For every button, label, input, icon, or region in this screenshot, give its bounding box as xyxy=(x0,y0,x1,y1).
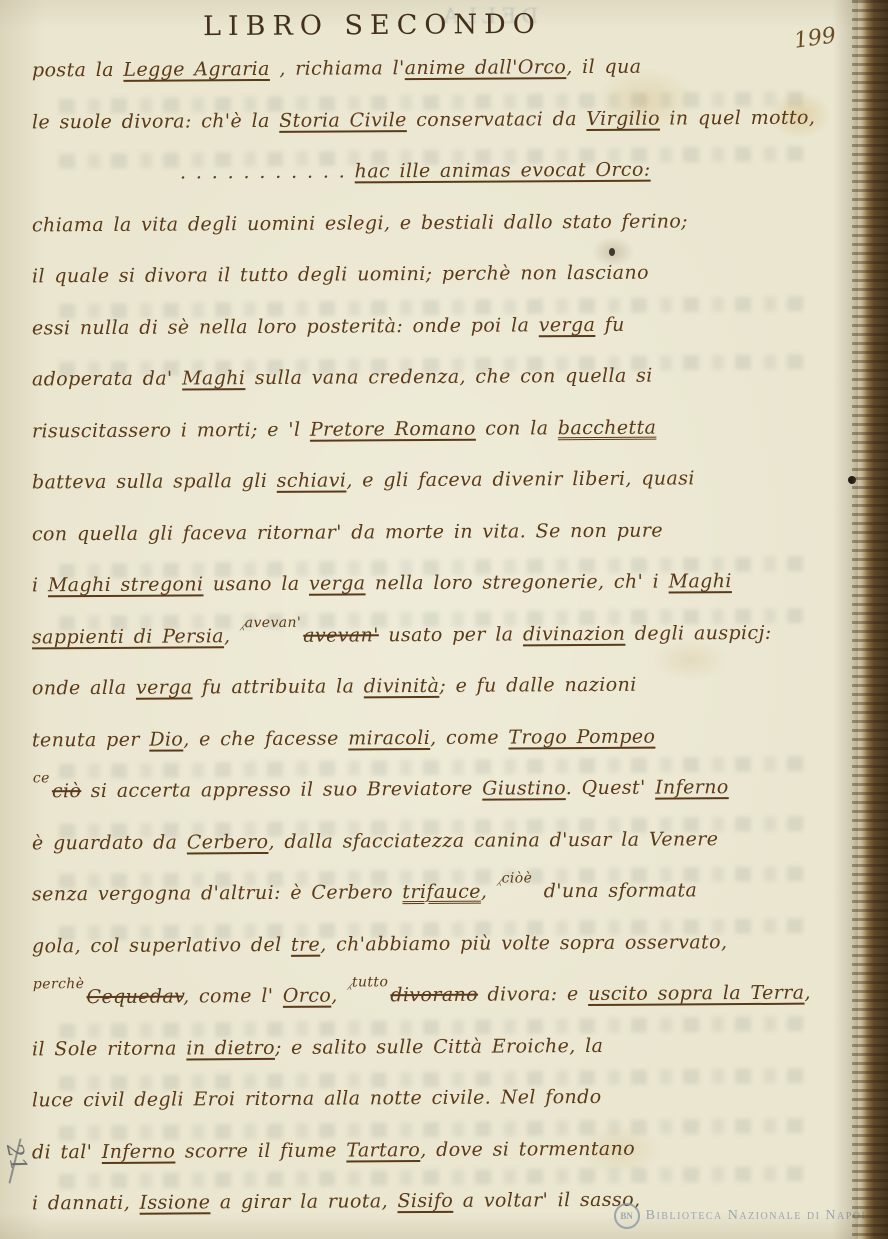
struck-word: avevan' xyxy=(303,624,379,646)
manuscript-text: Giustino xyxy=(482,777,566,800)
manuscript-text: , dalla sfacciatezza canina d'usar la Ve… xyxy=(268,828,718,853)
manuscript-text: i xyxy=(32,574,48,596)
inserted-word: perchè xyxy=(33,979,85,989)
manuscript-lines: posta la Legge Agraria , richiama l'anim… xyxy=(32,46,818,1231)
manuscript-text: in dietro xyxy=(186,1036,275,1059)
manuscript-text: divora: e xyxy=(478,983,588,1006)
struck-word: ciò xyxy=(52,780,81,802)
manuscript-line: è guardato da Cerbero, dalla sfacciatezz… xyxy=(32,816,818,872)
manuscript-text: il quale si divora il tutto degli uomini… xyxy=(32,262,649,288)
manuscript-text: uscito sopra la Terra xyxy=(588,982,805,1005)
manuscript-text: . . . . . . . . . . . xyxy=(180,160,355,183)
manuscript-text: trifauce xyxy=(402,881,481,903)
manuscript-text: anime dall'Orco xyxy=(405,56,567,79)
manuscript-text: Issione xyxy=(140,1191,211,1213)
manuscript-text: Storia Civile xyxy=(279,109,407,132)
manuscript-line: posta la Legge Agraria , richiama l'anim… xyxy=(32,44,818,100)
manuscript-text: onde alla xyxy=(32,677,136,700)
manuscript-text: tre xyxy=(291,933,320,955)
manuscript-text: a voltar' il sasso, xyxy=(453,1189,640,1212)
manuscript-text: batteva sulla spalla gli xyxy=(32,470,277,493)
manuscript-text: i dannati, xyxy=(32,1192,140,1215)
manuscript-text: fu xyxy=(595,313,625,335)
manuscript-text: il Sole ritorna xyxy=(32,1037,186,1060)
manuscript-text: divinazion xyxy=(523,622,626,645)
manuscript-text: gola, col superlativo del xyxy=(32,933,291,957)
manuscript-text: Maghi xyxy=(668,570,731,592)
manuscript-text: Cerbero xyxy=(187,830,269,852)
manuscript-text: , come l' xyxy=(183,985,283,1008)
library-logo-icon: BN xyxy=(614,1203,640,1229)
manuscript-page: DELLA LIBRO SECONDO 199 posta la Legge A… xyxy=(0,0,888,1239)
manuscript-line: onde alla verga fu attribuita la divinit… xyxy=(32,662,818,718)
manuscript-text: ; e salito sulle Città Eroiche, la xyxy=(275,1034,604,1058)
manuscript-text: Orco xyxy=(283,985,331,1007)
manuscript-text: , xyxy=(481,881,497,903)
manuscript-text: le suole divora: ch'è la xyxy=(32,109,279,133)
ink-smudge xyxy=(609,248,615,256)
manuscript-text: posta la xyxy=(32,59,124,82)
manuscript-text: hac ille animas evocat Orco: xyxy=(355,159,651,183)
manuscript-text: in quel motto, xyxy=(660,106,815,129)
manuscript-line: il Sole ritorna in dietro; e salito sull… xyxy=(32,1022,818,1078)
manuscript-text: è guardato da xyxy=(32,831,187,854)
manuscript-text: luce civil degli Eroi ritorna alla notte… xyxy=(32,1086,602,1111)
manuscript-text: , ch'abbiamo più volte sopra osservato, xyxy=(320,931,727,955)
manuscript-text: sappienti di Persia xyxy=(32,625,224,648)
manuscript-text: bacchetta xyxy=(558,416,657,439)
inserted-word: ⁁tutto xyxy=(348,977,388,987)
manuscript-text: scorre il fiume xyxy=(175,1139,346,1162)
manuscript-text: , xyxy=(224,625,240,647)
manuscript-text: , richiama l' xyxy=(270,57,405,80)
inserted-word: ce xyxy=(33,773,50,783)
manuscript-text: miracoli xyxy=(348,726,430,749)
manuscript-line: chiama la vita degli uomini eslegi, e be… xyxy=(32,198,818,254)
manuscript-text: divinità xyxy=(364,675,440,697)
manuscript-line: sappienti di Persia, ⁁avevan'avevan' usa… xyxy=(32,610,818,666)
manuscript-text: verga xyxy=(539,313,596,335)
manuscript-text: tenuta per xyxy=(32,728,149,751)
manuscript-line: ceciò si accerta appresso il suo Breviat… xyxy=(32,765,818,821)
manuscript-text: , come xyxy=(430,726,508,748)
manuscript-text: usano la xyxy=(203,573,309,596)
inserted-word: ⁁ciòè xyxy=(498,873,533,883)
manuscript-text: Virgilio xyxy=(586,107,660,129)
manuscript-line: . . . . . . . . . . . hac ille animas ev… xyxy=(32,147,818,203)
manuscript-line: gola, col superlativo del tre, ch'abbiam… xyxy=(32,919,818,975)
manuscript-text: risuscitassero i morti; e 'l xyxy=(32,418,310,442)
manuscript-line: batteva sulla spalla gli schiavi, e gli … xyxy=(32,456,818,512)
manuscript-line: perchèCequedav, come l' Orco, ⁁tuttodivo… xyxy=(32,971,818,1027)
manuscript-text: chiama la vita degli uomini eslegi, e be… xyxy=(32,210,688,236)
manuscript-text: , xyxy=(331,984,347,1006)
manuscript-text: senza vergogna d'altrui: è Cerbero xyxy=(32,881,403,905)
manuscript-line: luce civil degli Eroi ritorna alla notte… xyxy=(32,1074,818,1130)
manuscript-text: fu attribuita la xyxy=(192,675,363,698)
manuscript-text: adoperata da' xyxy=(32,367,182,390)
manuscript-text: nella loro stregonerie, ch' i xyxy=(365,571,668,595)
manuscript-line: i Maghi stregoni usano la verga nella lo… xyxy=(32,559,818,615)
manuscript-text: Dio xyxy=(149,728,183,750)
manuscript-text: si accerta appresso il suo Breviatore xyxy=(81,778,482,802)
manuscript-text: sulla vana credenza, che con quella si xyxy=(245,365,652,389)
manuscript-text: , e che facesse xyxy=(183,727,348,750)
manuscript-line: essi nulla di sè nella loro posterità: o… xyxy=(32,301,818,357)
manuscript-line: senza vergogna d'altrui: è Cerbero trifa… xyxy=(32,868,818,924)
manuscript-text: . Quest' xyxy=(566,777,656,800)
manuscript-line: tenuta per Dio, e che facesse miracoli, … xyxy=(32,713,818,769)
manuscript-text: , dove si tormentano xyxy=(420,1137,635,1160)
manuscript-text: usato per la xyxy=(379,623,523,646)
struck-word: Cequedav xyxy=(86,985,183,1008)
manuscript-line: il quale si divora il tutto degli uomini… xyxy=(32,250,818,306)
manuscript-text: verga xyxy=(136,676,193,698)
manuscript-text: verga xyxy=(309,572,366,594)
book-binding-edge xyxy=(852,0,888,1239)
manuscript-text: Sisifo xyxy=(397,1190,453,1212)
manuscript-line: adoperata da' Maghi sulla vana credenza,… xyxy=(32,353,818,409)
manuscript-text: con la xyxy=(476,417,558,440)
manuscript-text: di tal' xyxy=(32,1140,102,1162)
manuscript-text: a girar la ruota, xyxy=(210,1190,397,1213)
manuscript-text: essi nulla di sè nella loro posterità: o… xyxy=(32,314,539,339)
manuscript-text: , xyxy=(804,982,811,1004)
manuscript-text: Maghi stregoni xyxy=(48,573,204,596)
manuscript-text: Tartaro xyxy=(346,1139,420,1161)
manuscript-text: con quella gli faceva ritornar' da morte… xyxy=(32,519,663,545)
manuscript-text: Inferno xyxy=(655,776,729,798)
manuscript-text: , il qua xyxy=(566,56,641,78)
manuscript-text: ; e fu dalle nazioni xyxy=(439,674,637,697)
manuscript-text: conservataci da xyxy=(407,108,587,131)
page-title: LIBRO SECONDO xyxy=(203,9,542,42)
manuscript-line: di tal' Inferno scorre il fiume Tartaro,… xyxy=(32,1125,818,1181)
manuscript-text: degli auspicj: xyxy=(625,621,771,644)
struck-word: divorano xyxy=(390,984,478,1007)
manuscript-text: Trogo Pompeo xyxy=(508,725,655,748)
manuscript-line: risuscitassero i morti; e 'l Pretore Rom… xyxy=(32,404,818,460)
manuscript-text: , e gli faceva divenir liberi, quasi xyxy=(346,467,695,491)
manuscript-line: con quella gli faceva ritornar' da morte… xyxy=(32,507,818,563)
manuscript-text: Pretore Romano xyxy=(310,417,476,440)
manuscript-text: Legge Agraria xyxy=(123,58,270,81)
manuscript-text: d'una sformata xyxy=(534,879,697,902)
manuscript-text: schiavi xyxy=(277,469,347,491)
manuscript-line: le suole divora: ch'è la Storia Civile c… xyxy=(32,95,818,151)
manuscript-text: Inferno xyxy=(102,1140,176,1162)
inserted-word: ⁁avevan' xyxy=(241,617,301,627)
manuscript-text: Maghi xyxy=(182,367,245,389)
